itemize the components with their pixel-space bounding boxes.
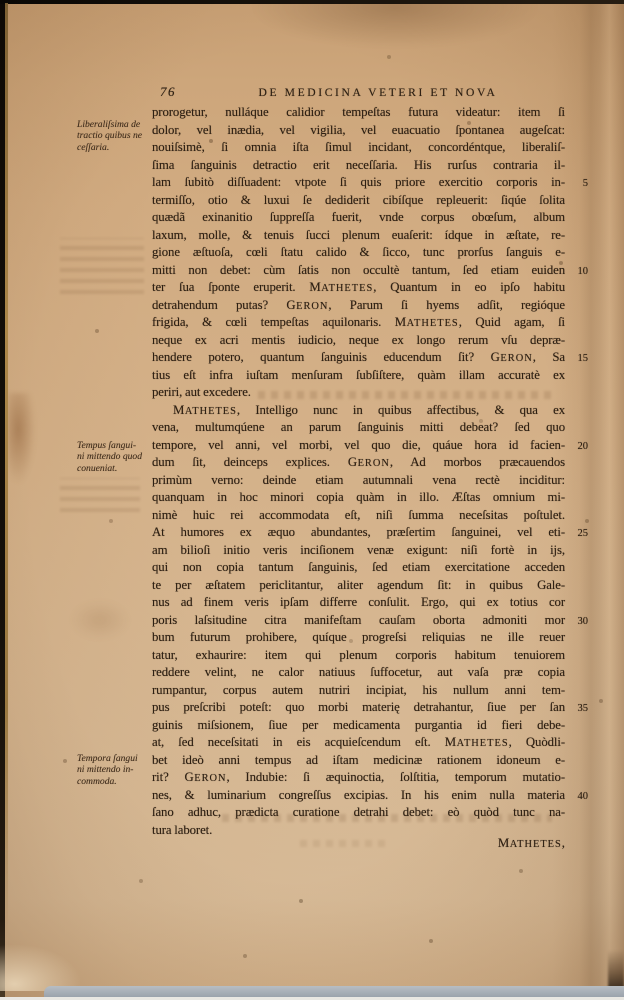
body-line: nimè huic rei accommodata eſt, niſi ſumm… — [152, 507, 565, 525]
margin-note-line: commoda. — [77, 776, 157, 787]
body-line: mitti non debet: cùm ſatis non occultè t… — [152, 262, 565, 280]
margin-note-line: ni mittendo in- — [77, 764, 157, 775]
body-line: at, ſed neceſsitati in eis acquieſcendum… — [152, 734, 565, 752]
ink-showthrough — [60, 238, 144, 294]
body-line: rit? GERON, Indubie: ſi æquinoctia, ſolſ… — [152, 769, 565, 787]
body-line: poris laſsitudine citra manifeſtam cauſa… — [152, 612, 565, 630]
body-line: At humores ex æquo abundantes, præſertim… — [152, 524, 565, 542]
margin-note-line: conueniat. — [77, 463, 157, 474]
speaker-name: MATHETES — [445, 738, 509, 749]
body-line: guinis miſsionem, ſiue per medicamenta p… — [152, 717, 565, 735]
body-line: reddere velint, ne calor natiuus ſuffoce… — [152, 664, 565, 682]
body-line: bet ideò anni tempus ad iſtam medicinæ r… — [152, 752, 565, 770]
line-number: 5 — [583, 175, 588, 193]
line-number: 30 — [578, 613, 589, 631]
speaker-name: MATHETES — [395, 318, 459, 329]
body-line: termiſſo, otio & luxui ſe dediderit cibí… — [152, 192, 565, 210]
margin-note: Tempus ſangui-ni mittendo quodconueniat. — [77, 440, 157, 474]
margin-note-line: Tempus ſangui- — [77, 440, 157, 451]
catchword: MATHETES, — [152, 835, 565, 853]
margin-note-line: ni mittendo quod — [77, 451, 157, 462]
body-line: laxum, molle, & tenuis ſucci plenum euaſ… — [152, 227, 565, 245]
body-line: bum futurum prohibere, quíque progreſsi … — [152, 629, 565, 647]
body-line: MATHETES, Intelligo nunc in quibus affec… — [152, 402, 565, 420]
body-line: primùm verno: deinde etiam autumnali ven… — [152, 472, 565, 490]
body-text: prorogetur, nulláque calidior tempeſtas … — [152, 104, 565, 839]
margin-note-line: ceſſaria. — [77, 142, 157, 153]
paper-stain-top — [250, 0, 540, 48]
line-number: 20 — [578, 438, 589, 456]
body-line: frigida, & cœli tempeſtas aquilonaris. M… — [152, 314, 565, 332]
line-number: 40 — [578, 788, 589, 806]
margin-note-line: Liberaliſsima de — [77, 119, 157, 130]
margin-note: Tempora ſanguini mittendo in-commoda. — [77, 753, 157, 787]
body-line: tius eſt infra iuſtam menſuram ſubſiſter… — [152, 367, 565, 385]
body-line: dolor, vel inædia, vel vigilia, vel euac… — [152, 122, 565, 140]
body-line: quanquam in hoc minori copia quàm in ill… — [152, 489, 565, 507]
body-line: tatur, exhaurire: item qui plenum corpor… — [152, 647, 565, 665]
line-number: 25 — [578, 525, 589, 543]
book-edge-gilt-line — [5, 3, 8, 941]
body-line: gione æſtuoſa, cœli ſtatu calido & ſicco… — [152, 244, 565, 262]
speaker-name: MATHETES — [309, 283, 373, 294]
body-line: detrahendum putas? GERON, Parum ſi hyems… — [152, 297, 565, 315]
ink-showthrough — [60, 478, 140, 512]
body-line: am bilioſi initio veris inciſionem venæ … — [152, 542, 565, 560]
scan-top-edge — [0, 0, 624, 4]
body-line: neque ex acri mentis iudicio, neque ex l… — [152, 332, 565, 350]
margin-note: Liberaliſsima detractio quibus neceſſari… — [77, 119, 157, 153]
body-line: ſano adhuc, prædicta curatione detrahi d… — [152, 804, 565, 822]
speaker-name: MATHETES — [498, 839, 562, 850]
shadow-bottom-right — [608, 950, 624, 990]
line-number: 35 — [578, 700, 589, 718]
body-line: tempore, vel anni, vel morbi, vel quo di… — [152, 437, 565, 455]
body-line: prorogetur, nulláque calidior tempeſtas … — [152, 104, 565, 122]
running-title: DE MEDICINA VETERI ET NOVA — [222, 86, 534, 99]
body-line: ſima ſanguinis detractio erit neceſſaria… — [152, 157, 565, 175]
under-page-corner — [0, 945, 80, 991]
body-line: ter ſua ſponte eruperit. MATHETES, Quant… — [152, 279, 565, 297]
speaker-name: GERON — [348, 458, 390, 469]
body-line: qui non copia tantum ſanguinis, ſed etia… — [152, 559, 565, 577]
body-line: hendere potero, quantum ſanguinis educen… — [152, 349, 565, 367]
margin-note-line: tractio quibus ne — [77, 130, 157, 141]
body-line: rumpantur, corpus autem nutriri incipiat… — [152, 682, 565, 700]
body-line: periri, aut excedere. — [152, 384, 565, 402]
margin-note-line: Tempora ſangui — [77, 753, 157, 764]
body-line: nouiſsimè, ſi omnia iſta ſimul incidant,… — [152, 139, 565, 157]
body-line: quædã exinanitio ſuppreſſa fuerit, vnde … — [152, 209, 565, 227]
body-line: lam ſubitò diſſuadent: vtpote ſi quis pr… — [152, 174, 565, 192]
body-line: pus preſcribi poteſt: quo morbi materię … — [152, 699, 565, 717]
body-line: te per æſtatem periclitantur, aliter age… — [152, 577, 565, 595]
scanner-bed-strip — [44, 986, 624, 997]
paper-stain-left-margin — [7, 393, 35, 483]
speaker-name: MATHETES — [173, 406, 237, 417]
speaker-name: GERON — [184, 773, 226, 784]
body-line: vena, multumqúene an parum ſanguinis mit… — [152, 419, 565, 437]
body-line: nes, & luminarium congreſſus excipias. I… — [152, 787, 565, 805]
speaker-name: GERON — [491, 353, 533, 364]
page-number: 76 — [160, 84, 176, 100]
body-line: dum ſit, deinceps explices. GERON, Ad mo… — [152, 454, 565, 472]
scanned-book-page: 76 DE MEDICINA VETERI ET NOVA Liberaliſs… — [0, 0, 624, 1000]
line-number: 15 — [578, 350, 589, 368]
line-number: 10 — [578, 263, 589, 281]
speaker-name: GERON — [286, 301, 328, 312]
body-line: nus ad finem veris ipſam differre conſul… — [152, 594, 565, 612]
paper-stain-mid — [70, 600, 130, 640]
